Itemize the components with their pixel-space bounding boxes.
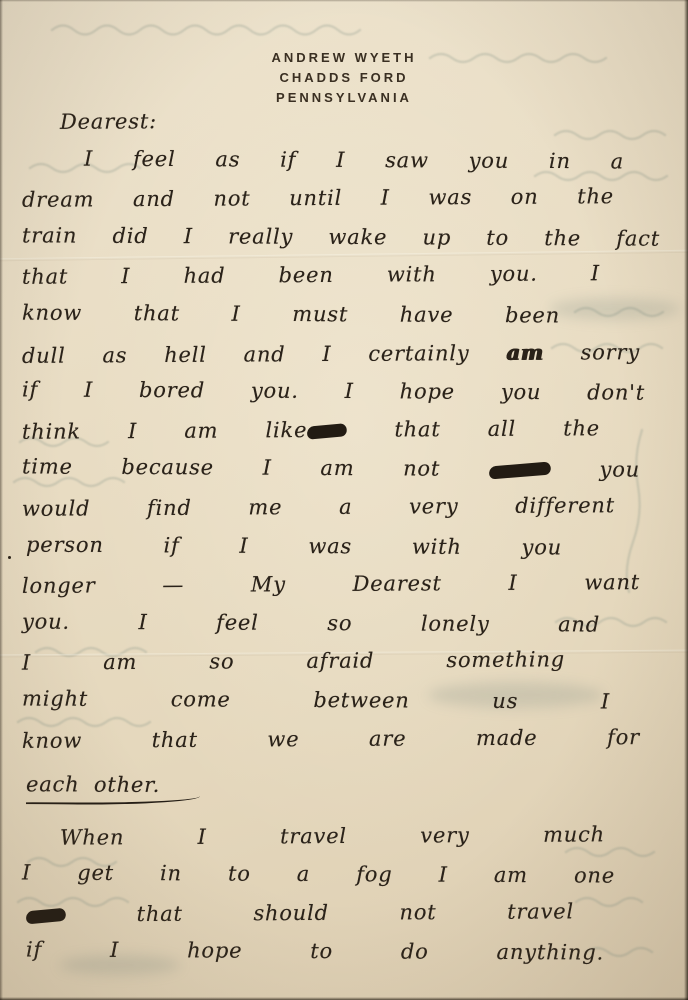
handwritten-text: When I travel very much <box>60 822 605 849</box>
handwritten-text: know that we are made for <box>22 725 640 753</box>
handwritten-line: would find me a very different <box>22 490 615 532</box>
handwritten-text: that should not travel <box>66 899 574 926</box>
handwritten-text: longer — My Dearest I want <box>22 570 640 598</box>
letterhead-name: ANDREW WYETH <box>0 50 688 65</box>
letterhead: ANDREW WYETH CHADDS FORD PENNSYLVANIA <box>0 50 688 110</box>
scribble-blot <box>307 423 348 440</box>
handwritten-line: if I bored you. I hope you don't <box>22 375 645 417</box>
photo-edge <box>684 0 688 1000</box>
handwritten-text: time because I am not <box>22 455 489 481</box>
handwritten-line: might come between us I <box>22 683 610 725</box>
handwritten-line: person if I was with you <box>26 529 562 570</box>
letter-body: Dearest:I feel as if I saw you in adream… <box>22 106 670 975</box>
handwritten-text: if I bored you. I hope you don't <box>22 378 645 405</box>
handwritten-line: that I had been with you. I <box>22 259 600 301</box>
handwritten-text: am <box>506 339 544 364</box>
handwritten-text: you. I feel so lonely and <box>22 609 600 636</box>
ink-dot <box>8 556 11 559</box>
handwritten-line: that should not travel <box>26 896 574 938</box>
handwritten-line: if I hope to do anything. <box>26 935 604 977</box>
handwritten-text: might come between us I <box>22 686 610 713</box>
letter-page: ANDREW WYETH CHADDS FORD PENNSYLVANIA De… <box>0 0 688 1000</box>
photo-edge <box>0 0 688 2</box>
handwritten-line: I am so afraid something <box>22 645 565 687</box>
handwritten-text: think I am like <box>22 418 307 444</box>
handwritten-text: dull as hell and I certainly <box>22 340 506 367</box>
handwritten-text: if I hope to do anything. <box>26 938 604 965</box>
handwritten-text: person if I was with you <box>26 532 562 559</box>
handwritten-line: know that we are made for <box>22 722 640 764</box>
handwritten-text: train did I really wake up to the fact <box>22 223 660 250</box>
handwritten-line: longer — My Dearest I want <box>22 567 640 609</box>
handwritten-line: I get in to a fog I am one <box>22 858 615 900</box>
handwritten-text: that I had been with you. I <box>22 262 600 290</box>
scribble-blot <box>488 462 551 480</box>
scribble-blot <box>25 907 66 924</box>
handwritten-text: would find me a very different <box>22 493 615 521</box>
handwritten-line: When I travel very much <box>60 819 605 861</box>
underlined-text: each other. <box>26 772 200 805</box>
handwritten-line: dream and not until I was on the <box>22 181 614 223</box>
handwritten-line: think I am like that all the <box>22 413 600 455</box>
handwritten-text: you <box>551 457 640 481</box>
handwritten-text: I am so afraid something <box>22 648 565 675</box>
handwritten-text: I feel as if I saw you in a <box>84 146 624 173</box>
letterhead-state: PENNSYLVANIA <box>0 90 688 105</box>
handwritten-text: that all the <box>347 416 600 442</box>
handwritten-line: I feel as if I saw you in a <box>84 143 624 184</box>
photo-edge <box>0 0 3 1000</box>
handwritten-line: know that I must have been <box>22 298 560 339</box>
handwritten-line: each other. <box>26 769 326 809</box>
handwritten-text: I get in to a fog I am one <box>22 861 615 888</box>
handwritten-line: dull as hell and I certainly am sorry <box>22 336 640 378</box>
handwritten-text: know that I must have been <box>22 301 560 328</box>
letterhead-city: CHADDS FORD <box>0 70 688 85</box>
handwritten-line: Dearest: <box>60 105 340 145</box>
handwritten-text: Dearest: <box>60 109 157 134</box>
handwritten-text: sorry <box>544 340 640 365</box>
handwritten-line: time because I am not you <box>22 452 640 494</box>
handwritten-line: you. I feel so lonely and <box>22 606 600 648</box>
handwritten-text: dream and not until I was on the <box>22 184 614 212</box>
handwritten-line: train did I really wake up to the fact <box>22 220 660 262</box>
